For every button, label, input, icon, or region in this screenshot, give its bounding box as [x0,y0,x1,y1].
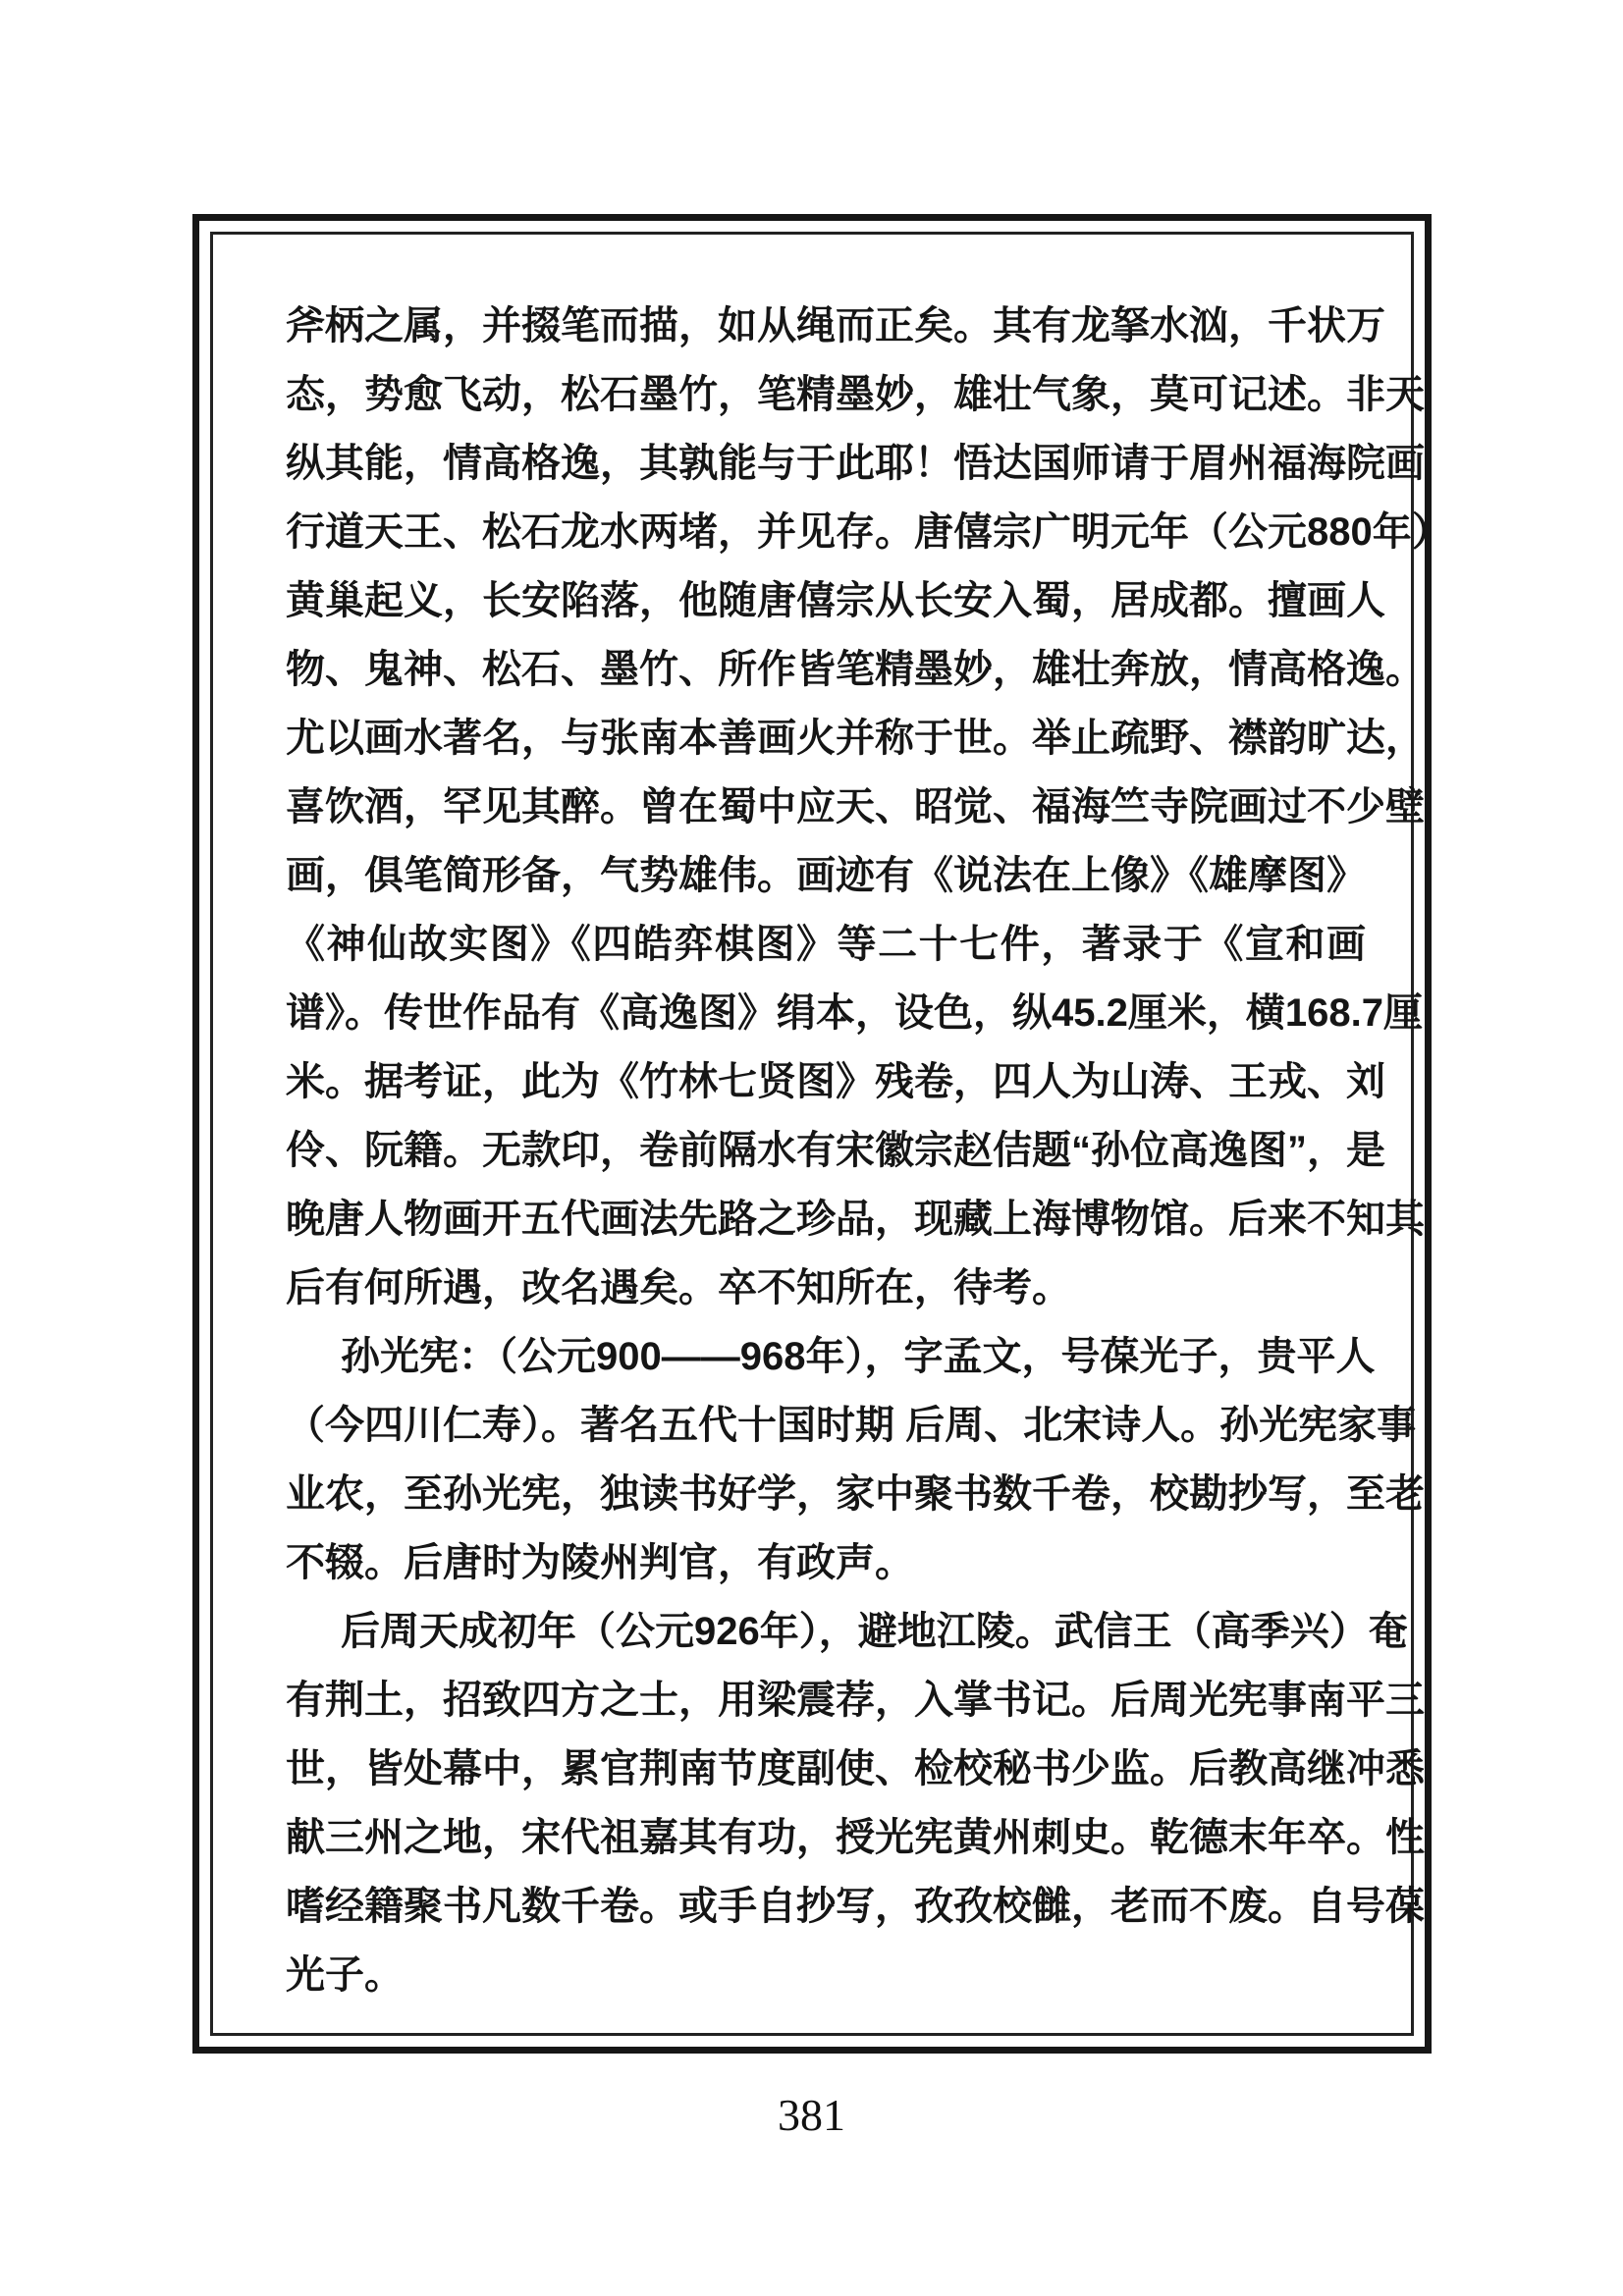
text-line: 画，俱笔简形备，气势雄伟。画迹有《说法在上像》《雄摩图》 [286,841,1366,910]
text-line: 喜饮酒，罕见其醉。曾在蜀中应天、昭觉、福海竺寺院画过不少壁 [286,773,1366,841]
text-line: 嗜经籍聚书凡数千卷。或手自抄写，孜孜校雠，老而不废。自号葆 [286,1872,1366,1941]
text-line: 光子。 [286,1941,1366,2009]
text-line: 行道天王、松石龙水两堵，并见存。唐僖宗广明元年（公元880年） [286,498,1366,566]
text-line: 孙光宪：（公元900——968年），字孟文，号葆光子，贵平人 [286,1322,1366,1391]
body-text: 斧柄之属，并掇笔而描，如从绳而正矣。其有龙拏水汹，千状万 态，势愈飞动，松石墨竹… [286,292,1366,2009]
page-border-outer: 斧柄之属，并掇笔而描，如从绳而正矣。其有龙拏水汹，千状万 态，势愈飞动，松石墨竹… [192,214,1432,2054]
text-line: 业农，至孙光宪，独读书好学，家中聚书数千卷，校勘抄写，至老 [286,1460,1366,1528]
text-line: 后周天成初年（公元926年），避地江陵。武信王（高季兴）奄 [286,1597,1366,1666]
text-line: 献三州之地，宋代祖嘉其有功，授光宪黄州刺史。乾德末年卒。性 [286,1803,1366,1872]
text-line: 伶、阮籍。无款印，卷前隔水有宋徽宗赵佶题“孙位高逸图”，是 [286,1116,1366,1185]
text-line: （今四川仁寿）。著名五代十国时期 后周、北宋诗人。孙光宪家事 [286,1391,1366,1460]
page-border-inner: 斧柄之属，并掇笔而描，如从绳而正矣。其有龙拏水汹，千状万 态，势愈飞动，松石墨竹… [210,232,1414,2036]
text-line: 世，皆处幕中，累官荆南节度副使、检校秘书少监。后教高继冲悉 [286,1735,1366,1803]
text-line: 斧柄之属，并掇笔而描，如从绳而正矣。其有龙拏水汹，千状万 [286,292,1366,360]
text-line: 尤以画水著名，与张南本善画火并称于世。举止疏野、襟韵旷达， [286,704,1366,773]
text-line: 态，势愈飞动，松石墨竹，笔精墨妙，雄壮气象，莫可记述。非天 [286,360,1366,429]
text-line: 黄巢起义，长安陷落，他随唐僖宗从长安入蜀，居成都。擅画人 [286,566,1366,635]
text-line: 不辍。后唐时为陵州判官，有政声。 [286,1528,1366,1597]
text-line: 物、鬼神、松石、墨竹、所作皆笔精墨妙，雄壮奔放，情高格逸。 [286,635,1366,704]
text-line: 后有何所遇，改名遇矣。卒不知所在，待考。 [286,1254,1366,1322]
text-line: 晚唐人物画开五代画法先路之珍品，现藏上海博物馆。后来不知其 [286,1185,1366,1254]
page-number: 381 [0,2089,1623,2141]
text-line: 《神仙故实图》《四皓弈棋图》等二十七件，著录于《宣和画 [286,910,1366,979]
text-line: 谱》。传世作品有《高逸图》绢本，设色，纵45.2厘米，横168.7厘 [286,979,1366,1047]
text-line: 米。据考证，此为《竹林七贤图》残卷，四人为山涛、王戎、刘 [286,1047,1366,1116]
text-line: 纵其能，情高格逸，其孰能与于此耶！悟达国师请于眉州福海院画 [286,429,1366,498]
text-line: 有荆土，招致四方之士，用梁震荐，入掌书记。后周光宪事南平三 [286,1666,1366,1735]
